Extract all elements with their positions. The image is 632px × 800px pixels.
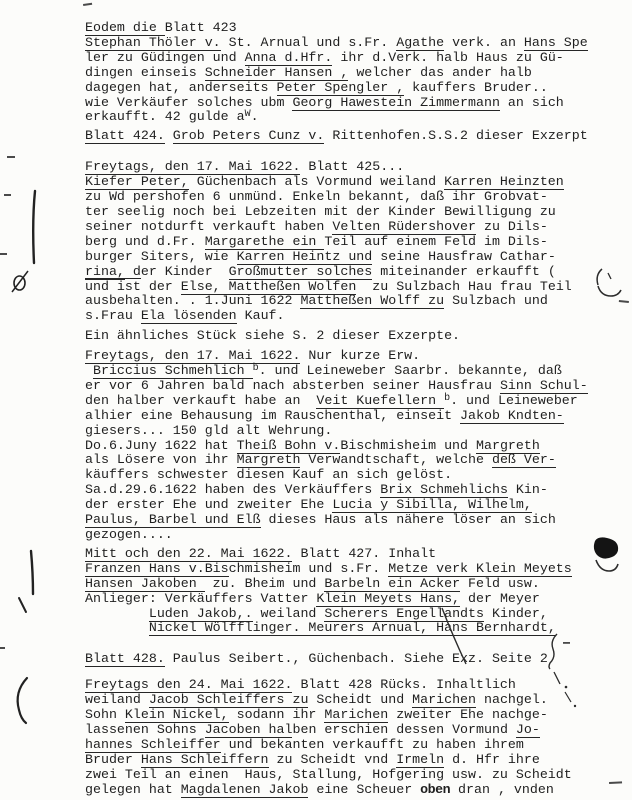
- text-line: Freytags den 24. Mai 1622. Blatt 428 Rüc…: [85, 678, 628, 693]
- text-line: Stephan Thöler v. St. Arnual und s.Fr. A…: [85, 36, 628, 51]
- text-line: Freytags, den 17. Mai 1622. Blatt 425...: [85, 160, 628, 175]
- edge-dash-icon: [0, 647, 5, 649]
- text-line: Do.6.Juny 1622 hat Theiß Bohn v.Bischmis…: [85, 439, 628, 454]
- text-line: Blatt 428. Paulus Seibert., Güchenbach. …: [85, 652, 628, 667]
- text-line: als Lösere von ihr Margreth Verwandtscha…: [85, 453, 628, 468]
- document-text: Eodem die Blatt 423Stephan Thöler v. St.…: [85, 21, 628, 798]
- pen-tick-icon: [19, 598, 26, 612]
- text-line: Bruder Hans Schleiffern zu Scheidt vnd I…: [85, 753, 628, 768]
- text-line: ler zu Güdingen und Anna d.Hfr. ihr d.Ve…: [85, 51, 628, 66]
- text-line: burger Siters, wie Karren Heintz und sei…: [85, 250, 628, 265]
- text-line: berg und d.Fr. Margarethe ein Teil auf e…: [85, 235, 628, 250]
- margin-paren-icon: [18, 678, 27, 723]
- text-line: dingen einseis Schneider Hansen , welche…: [85, 66, 628, 81]
- text-line: ter seelig noch bei Lebzeiten mit der Ki…: [85, 205, 628, 220]
- text-line: gezogen....: [85, 528, 628, 543]
- text-line: Mitt och den 22. Mai 1622. Blatt 427. In…: [85, 547, 628, 562]
- text-line: giesers... 150 gld alt Wehrung.: [85, 424, 628, 439]
- text-line: und ist der Else, Mattheßen Wolfen zu Su…: [85, 280, 628, 295]
- text-line: zwei Teil an einen Haus, Stallung, Hofge…: [85, 768, 628, 783]
- text-line: alhier eine Behausung im Rauschenthal, e…: [85, 409, 628, 424]
- edge-dash-icon: [7, 156, 15, 158]
- margin-vertical-stroke-icon: [31, 551, 33, 594]
- text-line: wie Verkäufer solches ubm Georg Hawestei…: [85, 96, 628, 111]
- text-line: der erster Ehe und zweiter Ehe Lucia y S…: [85, 498, 628, 513]
- scanned-document-page: Eodem die Blatt 423Stephan Thöler v. St.…: [0, 0, 632, 800]
- text-line: gelegen hat Magdalenen Jakob eine Scheue…: [85, 783, 628, 798]
- text-line: rina, der Kinder Großmutter solches mite…: [85, 265, 628, 280]
- text-line: ausbehalten. . 1.Juni 1622 Mattheßen Wol…: [85, 294, 628, 309]
- text-line: Anlieger: Verkäuffers Vatter Klein Meyet…: [85, 592, 628, 607]
- text-line: erkaufft. 42 gulde aW.: [85, 110, 628, 125]
- text-line: Briccius Schmehlich b. und Leineweber Sa…: [85, 364, 628, 379]
- margin-vertical-stroke-icon: [33, 191, 35, 263]
- text-line: Sa.d.29.6.1622 haben des Verkäuffers Bri…: [85, 483, 628, 498]
- text-line: Ein ähnliches Stück siehe S. 2 dieser Ex…: [85, 329, 628, 344]
- text-line: Sohn Klein Nickel, sodann ihr Marichen z…: [85, 708, 628, 723]
- edge-dash-icon: [83, 3, 92, 6]
- edge-dash-icon: [4, 194, 11, 196]
- text-line: dagegen hat, anderseits Peter Spengler ,…: [85, 81, 628, 96]
- text-line: zu Wd pershofen 6 unmünd. Enkeln bekannt…: [85, 190, 628, 205]
- text-line: lassenen Sohns Jacoben halben erschien d…: [85, 723, 628, 738]
- text-line: den halber verkauft habe an Veit Kuefell…: [85, 394, 628, 409]
- text-line: s.Frau Ela lösenden Kauf.: [85, 309, 628, 324]
- text-line: Nickel Wölfflinger. Meurers Arnual, Hans…: [85, 621, 628, 636]
- text-line: seiner notdurft verkauft haben Velten Rü…: [85, 220, 628, 235]
- text-line: Eodem die Blatt 423: [85, 21, 628, 36]
- circled-theta-icon: [12, 271, 28, 292]
- text-line: Paulus, Barbel und Elß dieses Haus als n…: [85, 513, 628, 528]
- text-line: Franzen Hans v.Bischmisheim und s.Fr. Me…: [85, 562, 628, 577]
- text-line: Freytags, den 17. Mai 1622. Nur kurze Er…: [85, 349, 628, 364]
- text-line: Luden Jakob,. weiland Scherers Engelland…: [85, 607, 628, 622]
- text-line: Hansen Jakoben zu. Bheim und Barbeln ein…: [85, 577, 628, 592]
- text-line: Kiefer Peter, Güchenbach als Vormund wei…: [85, 175, 628, 190]
- text-line: weiland Jacob Schleiffers zu Scheidt und…: [85, 693, 628, 708]
- text-line: hannes Schleiffer und bekanten verkaufft…: [85, 738, 628, 753]
- text-line: käuffers schwester diesen Kauf an sich g…: [85, 468, 628, 483]
- edge-dash-icon: [0, 253, 7, 255]
- text-line: er vor 6 Jahren bald nach absterben sein…: [85, 379, 628, 394]
- text-line: Blatt 424. Grob Peters Cunz v. Rittenhof…: [85, 129, 628, 144]
